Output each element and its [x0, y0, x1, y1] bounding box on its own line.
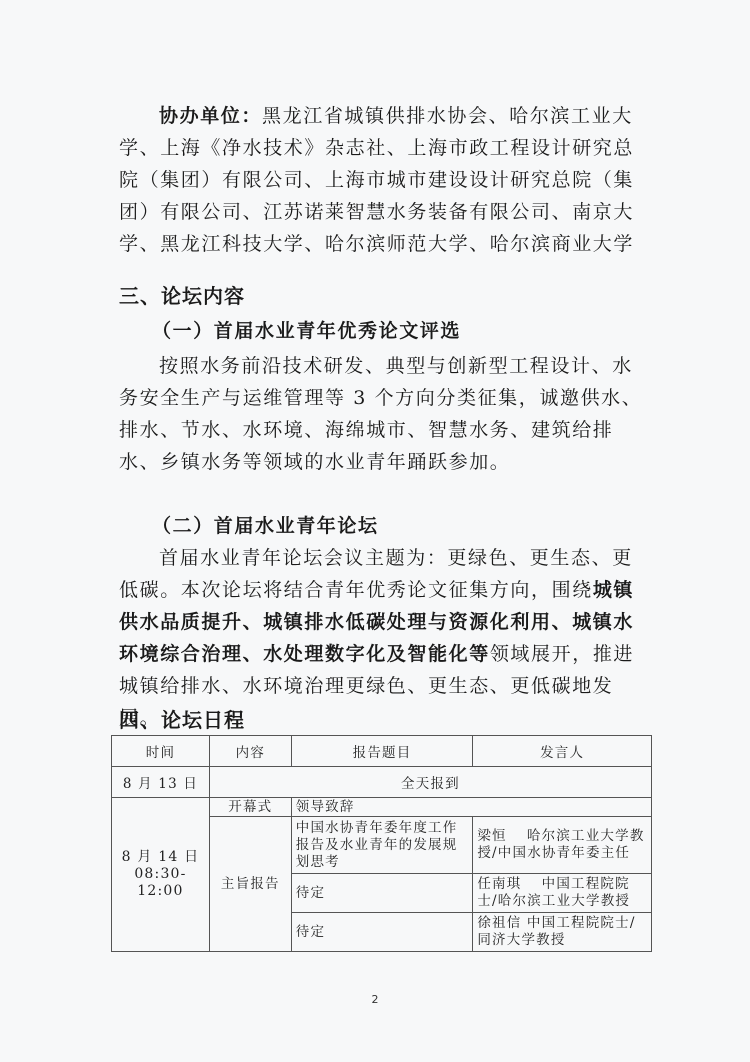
keynote-speaker: 任南琪 中国工程院院士/哈尔滨工业大学教授 — [473, 874, 652, 913]
header-topic: 报告题目 — [291, 736, 473, 767]
sub2-body-part1: 首届水业青年论坛会议主题为：更绿色、更生态、更低碳。本次论坛将结合青年优秀论文征… — [119, 547, 633, 601]
day2-time: 08:30-12:00 — [116, 866, 205, 900]
keynote-topic: 待定 — [291, 874, 473, 913]
co-organizers-text: 黑龙江省城镇供排水协会、哈尔滨工业大学、上海《净水技术》杂志社、上海市政工程设计… — [119, 105, 634, 255]
day1-date: 8 月 13 日 — [112, 767, 210, 798]
header-speaker: 发言人 — [473, 736, 652, 767]
day1-content: 全天报到 — [209, 767, 651, 798]
co-organizers-label: 协办单位： — [159, 105, 262, 127]
day2-date: 8 月 14 日 — [116, 849, 205, 866]
page-number: 2 — [0, 993, 750, 1006]
section3-sub1-body: 按照水务前沿技术研发、典型与创新型工程设计、水务安全生产与运维管理等 3 个方向… — [119, 350, 649, 478]
schedule-table: 时间 内容 报告题目 发言人 8 月 13 日 全天报到 8 月 14 日08:… — [111, 735, 652, 952]
section3-heading: 三、论坛内容 — [119, 281, 245, 311]
section3-sub2-heading: （二）首届水业青年论坛 — [152, 511, 379, 541]
document-page: 协办单位：黑龙江省城镇供排水协会、哈尔滨工业大学、上海《净水技术》杂志社、上海市… — [0, 0, 750, 1062]
section4-heading: 四、论坛日程 — [119, 705, 245, 735]
co-organizers-paragraph: 协办单位：黑龙江省城镇供排水协会、哈尔滨工业大学、上海《净水技术》杂志社、上海市… — [119, 100, 649, 260]
day2-datetime: 8 月 14 日08:30-12:00 — [112, 798, 210, 952]
keynote-speaker: 梁恒 哈尔滨工业大学教授/中国水协青年委主任 — [473, 817, 652, 874]
keynote-label: 主旨报告 — [209, 817, 291, 952]
table-header-row: 时间 内容 报告题目 发言人 — [112, 736, 652, 767]
table-row: 8 月 14 日08:30-12:00 开幕式 领导致辞 — [112, 798, 652, 817]
opening-type: 开幕式 — [209, 798, 291, 817]
opening-topic: 领导致辞 — [291, 798, 651, 817]
keynote-topic: 中国水协青年委年度工作报告及水业青年的发展规划思考 — [291, 817, 473, 874]
header-time: 时间 — [112, 736, 210, 767]
keynote-speaker: 徐祖信 中国工程院院士/同济大学教授 — [473, 913, 652, 952]
header-content: 内容 — [209, 736, 291, 767]
section3-sub1-heading: （一）首届水业青年优秀论文评选 — [152, 316, 461, 346]
keynote-topic: 待定 — [291, 913, 473, 952]
table-row: 8 月 13 日 全天报到 — [112, 767, 652, 798]
